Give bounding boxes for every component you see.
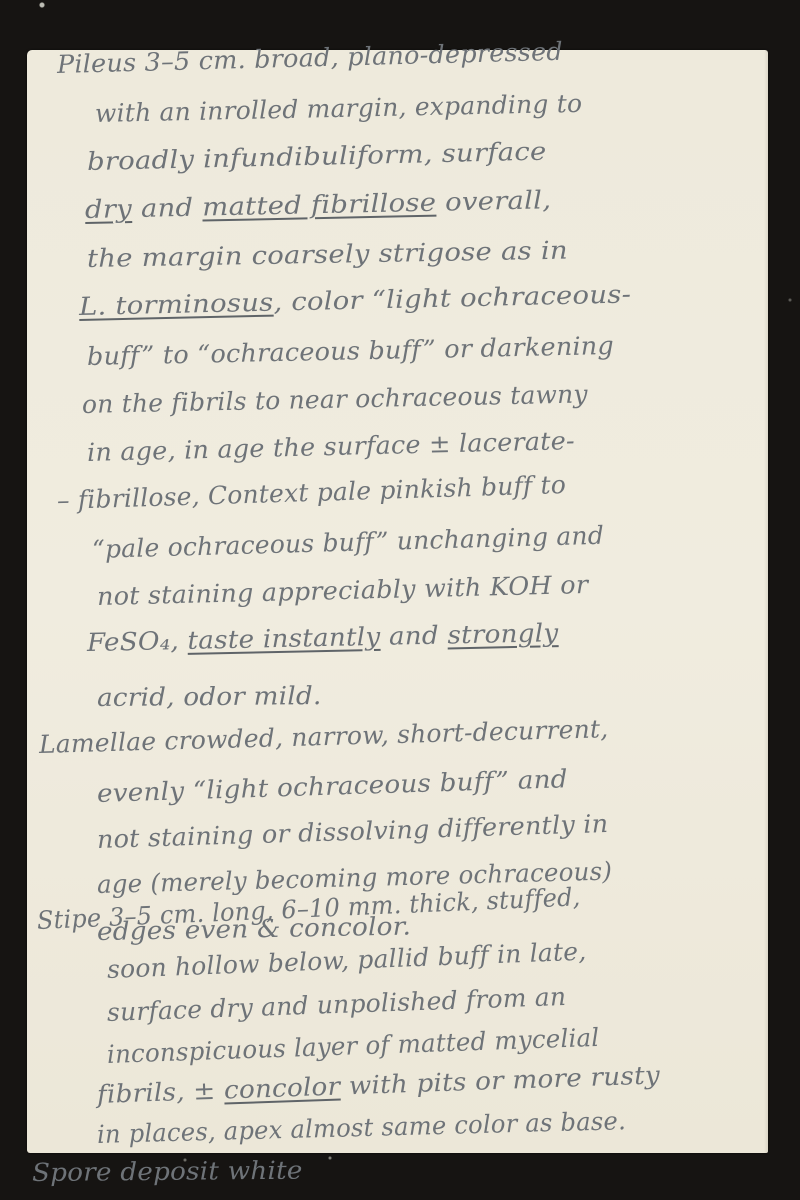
- line-mid: and: [380, 620, 448, 650]
- line-inrolled-margin: with an inrolled margin, expanding to: [95, 89, 583, 128]
- line-infundibuliform: broadly infundibuliform, surface: [87, 137, 547, 176]
- line-concolor-rusty: fibrils, ± concolor with pits or more ru…: [96, 1060, 660, 1109]
- line-spore-deposit: Spore deposit white: [32, 1156, 303, 1187]
- line-post: overall,: [436, 185, 552, 216]
- underlined-strongly: strongly: [447, 618, 559, 649]
- line-pre: FeSO₄,: [87, 626, 188, 657]
- specimen-note-card: Pileus 3–5 cm. broad, plano-depressed wi…: [27, 50, 768, 1153]
- line-lamellae-color: evenly “light ochraceous buff” and: [97, 764, 569, 808]
- line-mycelial-layer: inconspicuous layer of matted mycelial: [106, 1023, 599, 1069]
- underlined-matted-fibrillose: matted fibrillose: [202, 188, 437, 222]
- line-margin-strigose: the margin coarsely strigose as in: [87, 236, 568, 273]
- line-mid: , color “light ochraceous-: [273, 279, 631, 316]
- line-acrid-odor: acrid, odor mild.: [97, 681, 322, 712]
- line-surface-unpolished: surface dry and unpolished from an: [106, 982, 566, 1027]
- line-fibrils-tawny: on the fibrils to near ochraceous tawny: [82, 379, 588, 419]
- underlined-taste-instantly: taste instantly: [187, 622, 380, 655]
- handwritten-text-block: Pileus 3–5 cm. broad, plano-depressed wi…: [27, 50, 768, 1153]
- line-in-age-lacerate: in age, in age the surface ± lacerate-: [87, 426, 575, 467]
- line-mid: with pits or more rusty: [340, 1060, 661, 1100]
- line-lamellae-heading: Lamellae crowded, narrow, short-decurren…: [39, 714, 609, 759]
- line-mid: and: [132, 193, 203, 223]
- underlined-species-name: L. torminosus: [79, 288, 274, 321]
- line-torminosus-color: L. torminosus, color “light ochraceous-: [79, 279, 632, 321]
- line-apex-color: in places, apex almost same color as bas…: [97, 1106, 627, 1149]
- line-context-pinkish: – fibrillose, Context pale pinkish buff …: [57, 470, 567, 515]
- line-pre: fibrils, ±: [96, 1076, 224, 1109]
- line-dry-matted: dry and matted fibrillose overall,: [85, 185, 552, 224]
- line-koh-staining: not staining appreciably with KOH or: [97, 570, 589, 611]
- line-pale-ochraceous: “pale ochraceous buff” unchanging and: [92, 521, 605, 564]
- line-not-staining: not staining or dissolving differently i…: [97, 809, 609, 854]
- underlined-dry: dry: [85, 194, 133, 224]
- line-buff-darkening: buff” to “ochraceous buff” or darkening: [87, 331, 615, 371]
- line-taste: FeSO₄, taste instantly and strongly: [87, 618, 559, 657]
- underlined-concolor: concolor: [223, 1072, 340, 1105]
